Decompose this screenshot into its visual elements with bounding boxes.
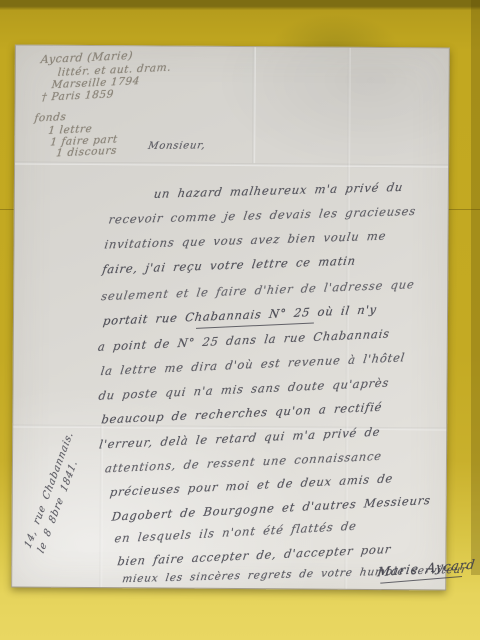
- underline-stroke: [196, 322, 314, 328]
- letter-body-line: faire, j'ai reçu votre lettre ce matin: [101, 254, 356, 277]
- letter-body-line: attentions, de ressent une connaissance: [104, 449, 383, 476]
- archivist-note-fonds-item: 1 discours: [56, 145, 118, 160]
- horizontal-fold-crease: [15, 161, 448, 167]
- letter-body-line: la lettre me dira d'où est revenue à l'h…: [100, 350, 406, 378]
- photo-of-letter: Aycard (Marie) littér. et aut. dram. Mar…: [0, 0, 480, 640]
- letter-body-line: bien faire accepter de, d'accepter pour: [117, 542, 393, 569]
- letter-salutation: Monsieur,: [147, 140, 206, 152]
- letter-body-line: en lesquels ils n'ont été flattés de: [114, 519, 358, 546]
- vertical-fold-crease: [252, 47, 256, 163]
- margin-note: 14, rue Chabannais. le 8 8bre 1841.: [23, 430, 89, 554]
- board-right-shadow-band: [471, 0, 480, 575]
- letter-paper: Aycard (Marie) littér. et aut. dram. Mar…: [11, 44, 450, 590]
- letter-body-line: portait rue Chabannais N° 25 où il n'y: [102, 302, 378, 328]
- letter-body-line: beaucoup de recherches qu'on a rectifié: [101, 400, 384, 427]
- letter-body-line: un hazard malheureux m'a privé du: [153, 180, 404, 201]
- letter-body-line: précieuses pour moi et de deux amis de: [109, 471, 394, 499]
- letter-body-line: seulement et le faire d'hier de l'adress…: [100, 277, 415, 303]
- letter-body-line: recevoir comme je les devais les gracieu…: [108, 204, 417, 227]
- letter-body-line: Dagobert de Bourgogne et d'autres Messie…: [111, 493, 432, 524]
- archivist-note-death: † Paris 1859: [41, 88, 115, 103]
- archivist-note-fonds-title: fonds: [34, 111, 67, 125]
- letter-body-line: invitations que vous avez bien voulu me: [104, 229, 388, 252]
- horizontal-fold-crease: [13, 424, 446, 430]
